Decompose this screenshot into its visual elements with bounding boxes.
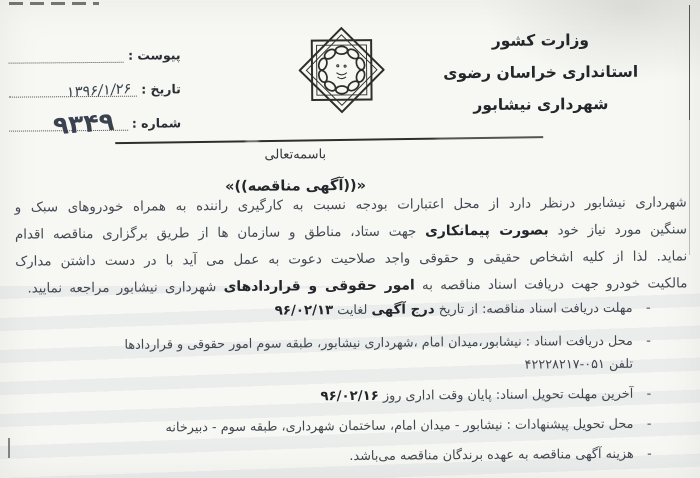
number-dotted-line: ۹۳۴۹	[9, 116, 128, 132]
bullet-dash-marker: -	[641, 384, 651, 405]
phone-line: تلفن ۰۵۱-۴۲۲۲۸۲۱۷	[125, 354, 634, 379]
ministry-name: وزارت کشور	[424, 24, 656, 58]
bullet-list: -مهلت دریافت اسناد مناقصه: از تاریخ درج …	[38, 298, 651, 478]
number-label: شماره :	[132, 115, 181, 130]
attachment-field: پیوست :	[8, 35, 180, 63]
bullet-dash-marker: -	[642, 444, 652, 465]
bullet-text: آخرین مهلت تحویل اسناد: پایان وقت اداری …	[320, 384, 633, 407]
governorate-name: استانداری خراسان رضوی	[425, 56, 657, 90]
bullet-dash-marker: -	[640, 298, 650, 319]
reference-fields: پیوست : تاریخ : ۱۳۹۶/۱/۲۶ شماره : ۹۳۴۹	[8, 35, 181, 138]
body-bold-legal-affairs: امور حقوقی و قراردادهای	[224, 277, 415, 295]
basmala: باسمه‌تعالی	[235, 147, 355, 163]
municipality-name: شهرداری نیشابور	[425, 88, 657, 122]
header-divider	[115, 136, 543, 144]
attachment-dotted-line	[8, 48, 124, 64]
bullet-item: -مهلت دریافت اسناد مناقصه: از تاریخ درج …	[38, 298, 650, 324]
date-field: تاریخ : ۱۳۹۶/۱/۲۶	[9, 69, 181, 97]
letterhead-org-block: وزارت کشور استانداری خراسان رضوی شهرداری…	[424, 24, 657, 122]
bullet-dash-marker: -	[641, 414, 651, 435]
letter-content: وزارت کشور استانداری خراسان رضوی شهرداری…	[0, 0, 700, 478]
handwritten-date: ۱۳۹۶/۱/۲۶	[66, 81, 132, 101]
bullet-text: محل دریافت اسناد : نیشابور،میدان امام ،ش…	[124, 331, 633, 379]
bullet-item: -آخرین مهلت تحویل اسناد: پایان وقت اداری…	[39, 384, 651, 410]
handwritten-number: ۹۳۴۹	[52, 107, 115, 141]
bullet-text: محل تحویل پیشنهادات : نیشابور - میدان ام…	[165, 414, 633, 439]
bullet-item: -هزینه آگهی مناقصه به عهده برندگان مناقص…	[40, 444, 652, 470]
date-label: تاریخ :	[141, 81, 181, 96]
bullet-item: -محل دریافت اسناد : نیشابور،میدان امام ،…	[39, 331, 651, 380]
bullet-text: هزینه آگهی مناقصه به عهده برندگان مناقصه…	[349, 444, 633, 467]
scanned-tender-letter: وزارت کشور استانداری خراسان رضوی شهرداری…	[0, 0, 700, 478]
number-field: شماره : ۹۳۴۹	[9, 103, 181, 131]
bullet-item: -محل تحویل پیشنهادات : نیشابور - میدان ا…	[39, 414, 651, 440]
bullet-dash-marker: -	[641, 331, 651, 352]
municipality-seal-icon	[298, 22, 385, 119]
body-bold-contracting: بصورت پیمانکاری	[425, 222, 549, 239]
attachment-label: پیوست :	[128, 47, 181, 62]
date-dotted-line: ۱۳۹۶/۱/۲۶	[9, 82, 137, 98]
tender-body-paragraph: شهرداری نیشابور درنظر دارد از محل اعتبار…	[15, 189, 688, 302]
bullet-text: مهلت دریافت اسناد مناقصه: از تاریخ درج آ…	[275, 298, 633, 322]
body-text-3: شهرداری نیشابور مراجعه نمایید.	[27, 280, 223, 297]
